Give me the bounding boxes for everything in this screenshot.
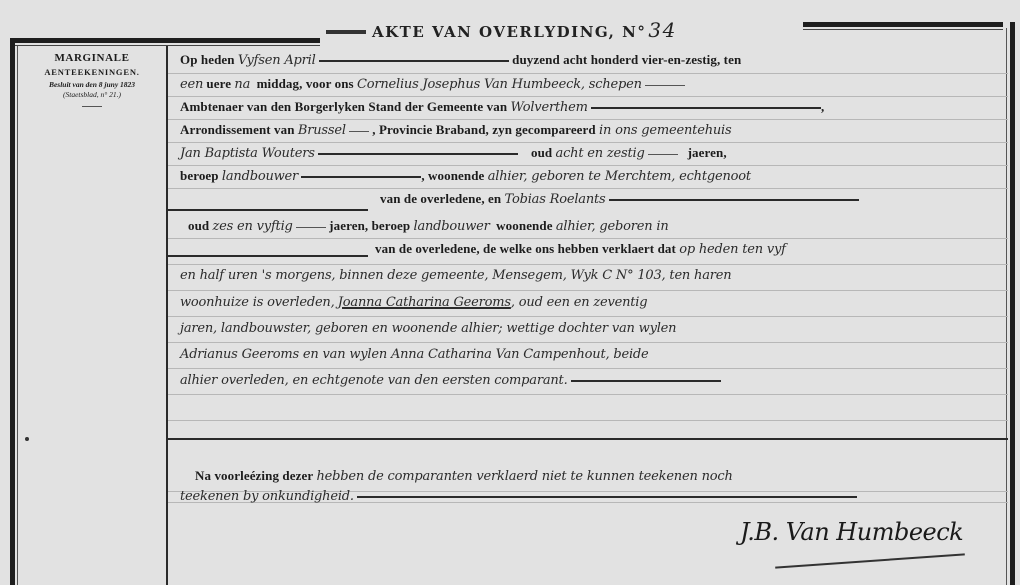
printed-text: , Provincie Braband, zyn gecompareerd — [372, 122, 595, 137]
margin-subheading: AENTEEKENINGEN. — [20, 67, 164, 77]
handwritten-declarant-name: Jan Baptista Wouters — [180, 146, 315, 161]
handwritten-arrondissement: Brussel — [298, 123, 346, 138]
ink-spot — [25, 437, 29, 441]
fill-line — [296, 227, 326, 228]
handwritten-occupation: landbouwer — [414, 219, 490, 234]
handwritten-text: en half uren 's morgens, binnen deze gem… — [180, 268, 731, 283]
printed-text: , en — [481, 191, 501, 206]
marginal-notes-column: MARGINALE AENTEEKENINGEN. Besluit van de… — [20, 52, 164, 107]
frame-border-top-right — [803, 22, 1003, 27]
printed-text: van de overledene — [380, 191, 481, 206]
printed-text: Arrondissement van — [180, 122, 295, 137]
printed-text: duyzend acht honderd vier-en-zestig, ten — [512, 52, 741, 67]
text-line-15: Na voorleézing dezer hebben de comparant… — [195, 468, 733, 490]
text-line-6: beroep landbouwer , woonende alhier, geb… — [180, 168, 751, 190]
text-line-8: oud zes en vyftig jaeren, beroep landbou… — [188, 218, 669, 240]
handwritten-date: Vyfsen April — [238, 53, 316, 68]
text-line-9: van de overledene, de welke ons hebben v… — [375, 241, 786, 263]
printed-text: woonende — [496, 218, 552, 233]
death-certificate-page: AKTE VAN OVERLYDING, N°34 MARGINALE AENT… — [0, 0, 1020, 585]
handwritten-age: , oud een en zeventig — [511, 295, 647, 310]
margin-source: (Staetsblad, n° 21.) — [20, 90, 164, 99]
handwritten-text: alhier overleden, en echtgenote van den … — [180, 373, 568, 388]
frame-border-top-right-inner — [803, 29, 1003, 30]
text-line-14: alhier overleden, en echtgenote van den … — [180, 372, 721, 394]
handwritten-text: na — [234, 77, 250, 92]
handwritten-text: teekenen by onkundigheid. — [180, 489, 354, 504]
official-signature: J.B. Van Humbeeck — [740, 518, 963, 546]
ruled-line — [168, 394, 1008, 395]
printed-text: uere — [206, 76, 231, 91]
handwritten-residence: alhier, geboren te Merchtem, echtgenoot — [488, 169, 751, 184]
fill-line — [571, 380, 721, 382]
margin-heading: MARGINALE — [20, 52, 164, 64]
section-rule — [168, 209, 368, 211]
text-line-10: en half uren 's morgens, binnen deze gem… — [180, 268, 731, 290]
printed-text: oud — [531, 145, 552, 160]
handwritten-text: hebben de comparanten verklaerd niet te … — [316, 469, 732, 484]
handwritten-occupation: landbouwer — [222, 169, 298, 184]
handwritten-second-declarant: Tobias Roelants — [505, 192, 606, 207]
signature-flourish — [775, 553, 965, 568]
fill-line — [645, 85, 685, 86]
handwritten-municipality: Wolverthem — [510, 100, 587, 115]
text-line-3: Ambtenaer van den Borgerlyken Stand der … — [180, 99, 824, 121]
handwritten-official-name: Cornelius Josephus Van Humbeeck, schepen — [357, 77, 642, 92]
ruled-line — [168, 368, 1008, 369]
printed-text: middag, voor ons — [257, 76, 354, 91]
text-line-2: een uere na middag, voor ons Cornelius J… — [180, 76, 685, 98]
ruled-line — [168, 290, 1008, 291]
text-line-5: Jan Baptista Wouters oud acht en zestig … — [180, 145, 727, 167]
handwritten-hour: een — [180, 77, 203, 92]
record-number: 34 — [648, 18, 676, 42]
fill-line — [318, 153, 518, 155]
handwritten-age: zes en vyftig — [213, 219, 293, 234]
fill-line — [591, 107, 821, 109]
printed-text: Op heden — [180, 52, 235, 67]
fill-line — [349, 131, 369, 132]
fill-line — [609, 199, 859, 201]
frame-border-right — [1010, 22, 1015, 585]
fill-line — [301, 176, 421, 178]
fill-line — [357, 496, 857, 498]
printed-text: , — [821, 99, 824, 114]
fill-line — [648, 154, 678, 155]
title-rule — [326, 30, 366, 34]
printed-text: , de welke ons hebben verklaert dat — [476, 241, 676, 256]
text-line-4: Arrondissement van Brussel , Provincie B… — [180, 122, 731, 144]
section-rule — [168, 438, 1008, 440]
printed-text: jaeren, beroep — [329, 218, 410, 233]
text-line-16: teekenen by onkundigheid. — [180, 488, 857, 510]
margin-dash — [82, 106, 102, 107]
frame-border-left — [10, 38, 15, 585]
handwritten-time: op heden ten vyf — [679, 242, 786, 257]
frame-border-left-inner — [17, 46, 18, 585]
handwritten-deceased-name: Joanna Catharina Geeroms — [338, 295, 511, 310]
ruled-line — [168, 264, 1008, 265]
handwritten-text: jaren, landbouwster, geboren en woonende… — [180, 321, 676, 336]
ruled-line — [168, 316, 1008, 317]
title-text: AKTE VAN OVERLYDING, — [372, 23, 615, 41]
printed-text: jaeren, — [688, 145, 727, 160]
text-line-12: jaren, landbouwster, geboren en woonende… — [180, 320, 676, 342]
printed-text: oud — [188, 218, 209, 233]
printed-text: beroep — [180, 168, 219, 183]
document-title: AKTE VAN OVERLYDING, N°34 — [372, 18, 677, 42]
number-prefix: N° — [622, 23, 646, 41]
handwritten-text: woonhuize is overleden, — [180, 295, 335, 310]
text-line-7: van de overledene, en Tobias Roelants — [380, 191, 859, 213]
handwritten-age: acht en zestig — [556, 146, 645, 161]
handwritten-residence: alhier, geboren in — [556, 219, 669, 234]
margin-decree: Besluit van den 8 juny 1823 — [20, 80, 164, 89]
printed-text: , woonende — [421, 168, 484, 183]
printed-text: Ambtenaer van den Borgerlyken Stand der … — [180, 99, 507, 114]
printed-text: Na voorleézing dezer — [195, 468, 313, 483]
ruled-line — [168, 342, 1008, 343]
section-rule — [168, 255, 368, 257]
fill-line — [319, 60, 509, 62]
text-line-11: woonhuize is overleden, Joanna Catharina… — [180, 294, 647, 316]
handwritten-parents: Adrianus Geeroms en van wylen Anna Catha… — [180, 347, 649, 362]
frame-border-top-left — [12, 38, 320, 43]
text-line-1: Op heden Vyfsen April duyzend acht honde… — [180, 52, 741, 74]
printed-text: van de overledene — [375, 241, 476, 256]
handwritten-text: in ons gemeentehuis — [599, 123, 731, 138]
text-line-13: Adrianus Geeroms en van wylen Anna Catha… — [180, 346, 649, 368]
ruled-line — [168, 420, 1008, 421]
